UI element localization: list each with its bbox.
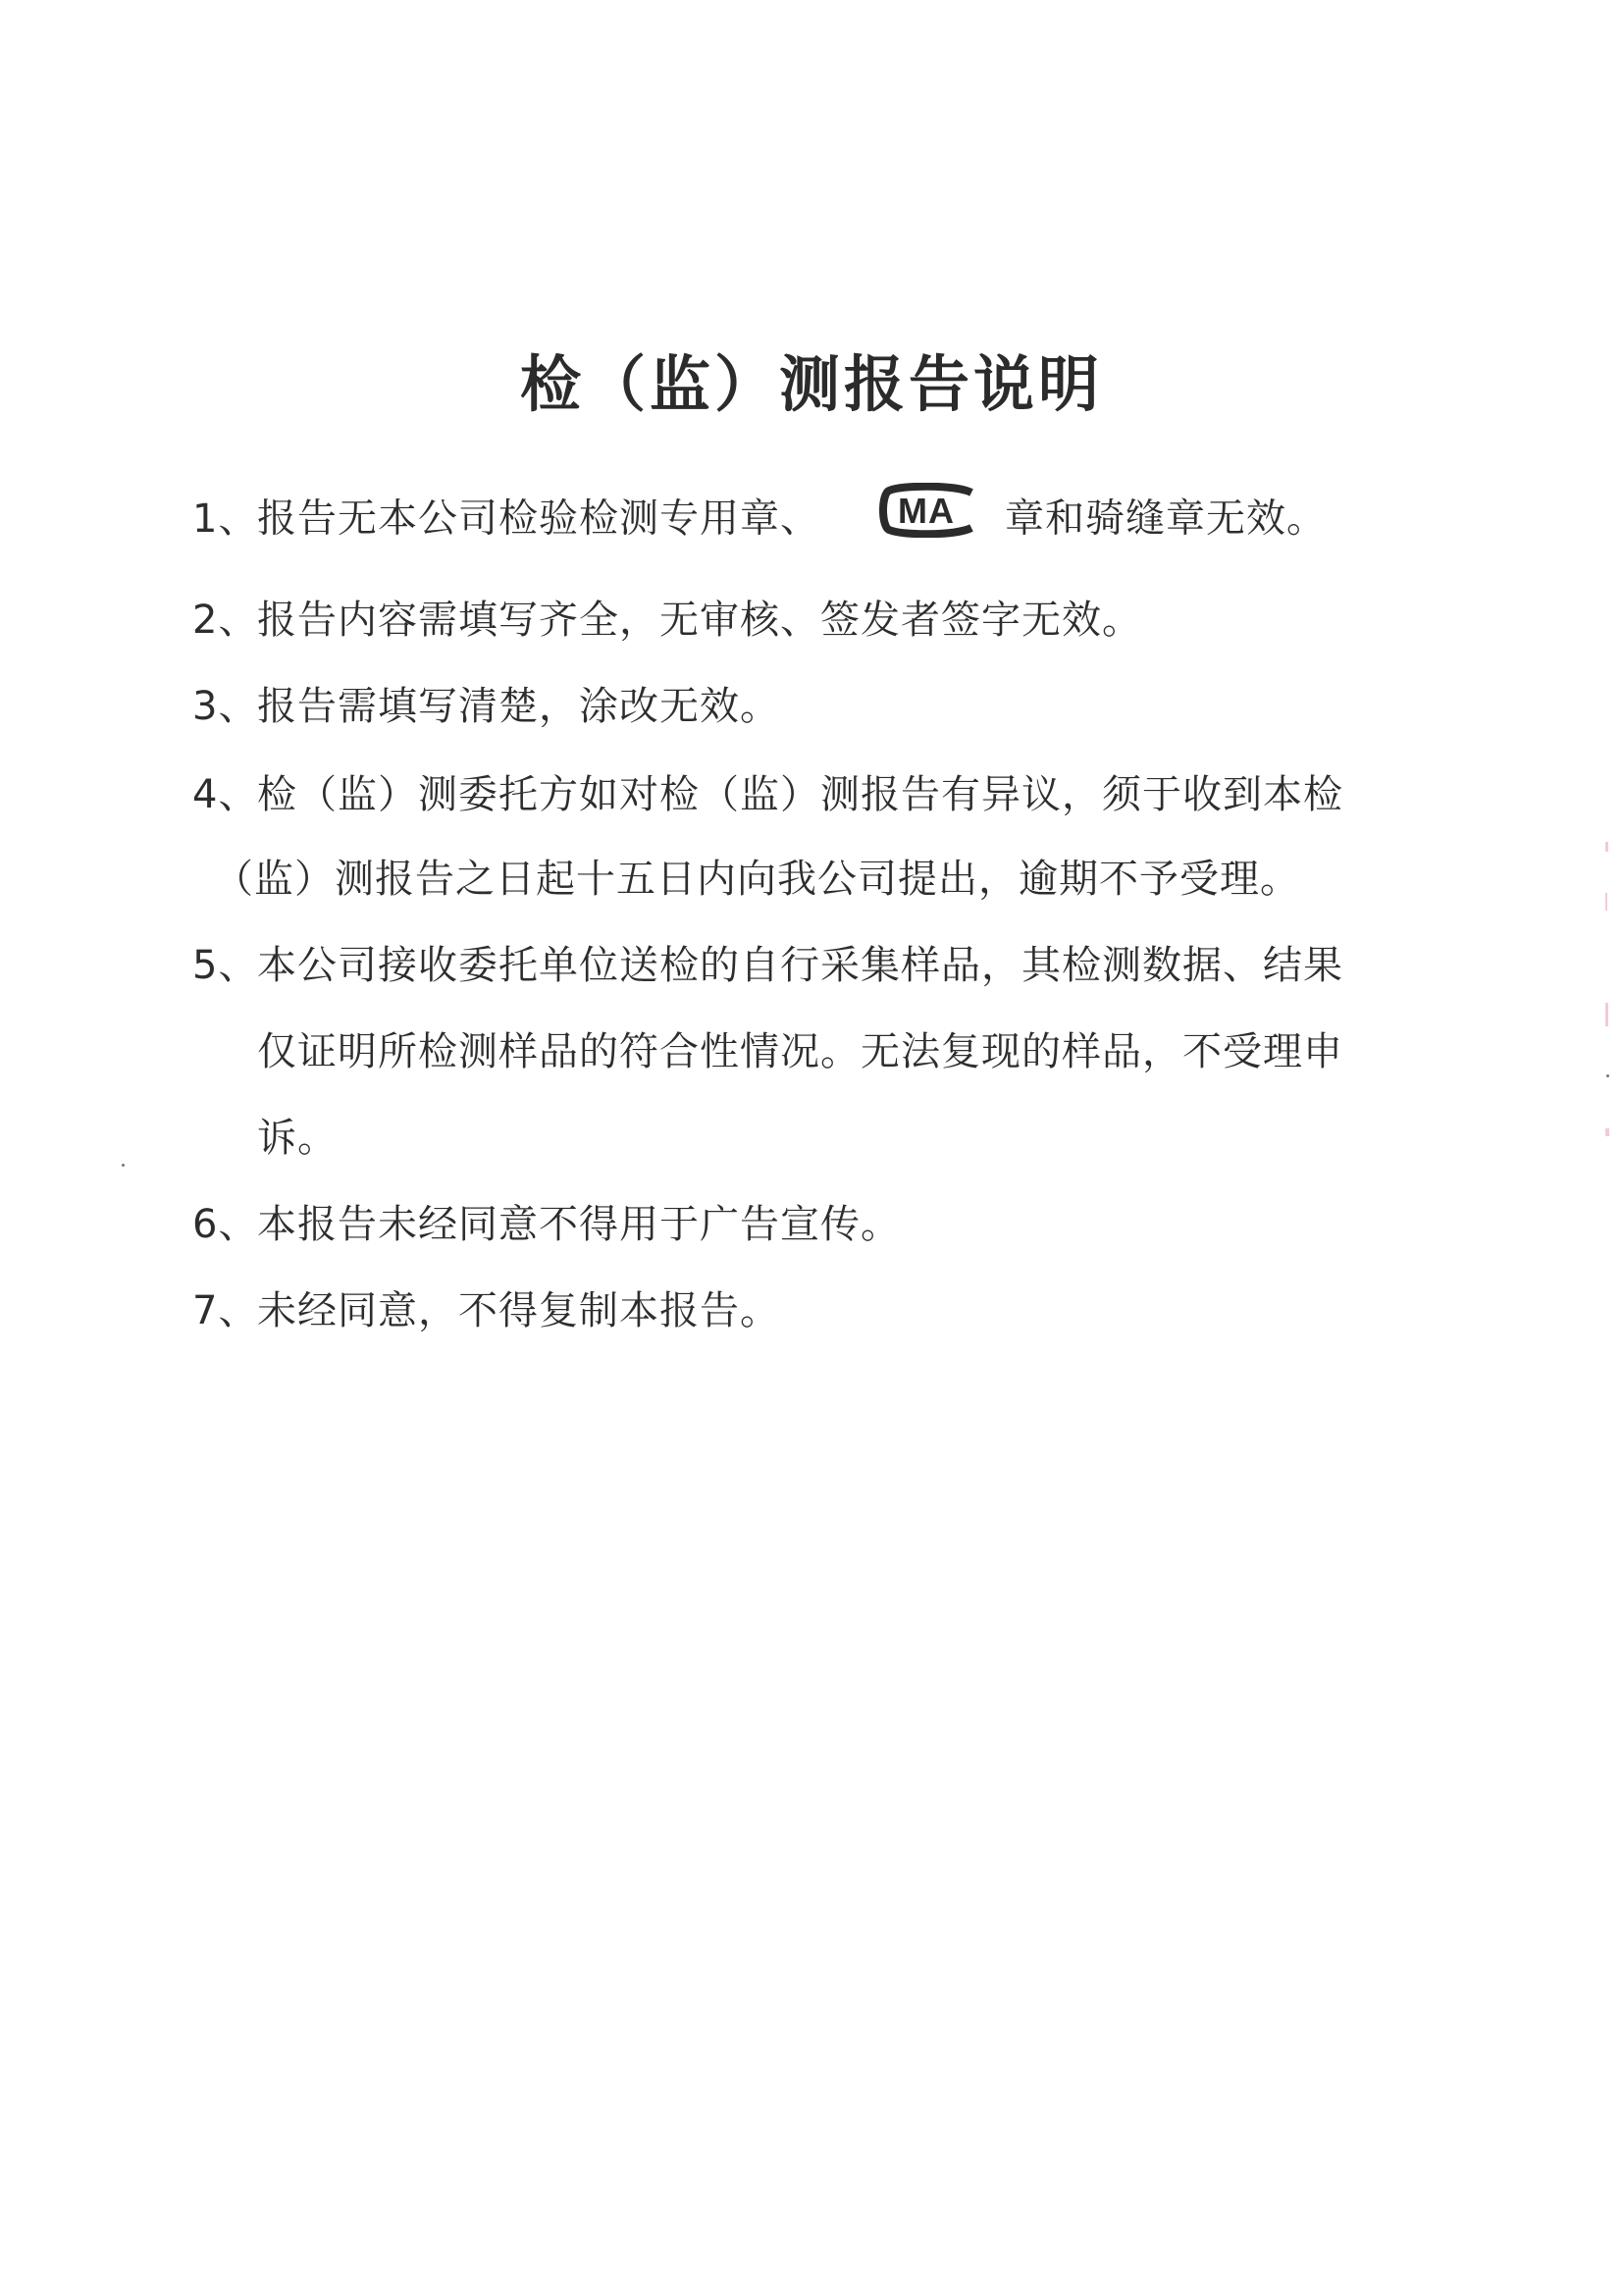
seal-residue-mark: [1605, 842, 1608, 852]
seal-residue-mark: [1605, 1003, 1608, 1026]
list-item-2: 2、报告内容需填写齐全，无审核、签发者签字无效。: [192, 595, 1142, 646]
item-text-line-1: 本公司接收委托单位送检的自行采集样品，其检测数据、结果: [257, 943, 1343, 988]
page-title: 检（监）测报告说明: [0, 345, 1623, 424]
list-item-4-continuation: （监）测报告之日起十五日内向我公司提出，逾期不予受理。: [214, 854, 1300, 905]
item-number: 5、: [192, 940, 257, 991]
list-item-5-continuation-1: 仅证明所检测样品的符合性情况。无法复现的样品，不受理申: [257, 1026, 1343, 1077]
seal-residue-mark: [1605, 1128, 1609, 1136]
item-text-before-mark: 报告无本公司检验检测专用章、: [257, 496, 820, 542]
svg-text:MA: MA: [898, 491, 955, 531]
list-item-5-continuation-2: 诉。: [257, 1113, 338, 1164]
item-number: 4、: [192, 769, 257, 820]
item-text-line-1: 检（监）测委托方如对检（监）测报告有异议，须于收到本检: [257, 772, 1343, 817]
cma-seal-icon: MA: [877, 483, 981, 550]
item-number: 6、: [192, 1199, 257, 1250]
list-item-1: 1、报告无本公司检验检测专用章、 MA 章和骑缝章无效。: [192, 487, 1327, 554]
item-number: 3、: [192, 681, 257, 732]
item-number: 2、: [192, 595, 257, 646]
item-text-after-mark: 章和骑缝章无效。: [1005, 496, 1327, 542]
item-text: 本报告未经同意不得用于广告宣传。: [257, 1202, 901, 1247]
item-text: 未经同意，不得复制本报告。: [257, 1288, 780, 1333]
scan-speck: [122, 1164, 125, 1167]
list-item-3: 3、报告需填写清楚，涂改无效。: [192, 681, 780, 732]
list-item-6: 6、本报告未经同意不得用于广告宣传。: [192, 1199, 901, 1250]
scan-speck: [1606, 1074, 1609, 1077]
list-item-5: 5、本公司接收委托单位送检的自行采集样品，其检测数据、结果: [192, 940, 1343, 991]
item-text: 报告需填写清楚，涂改无效。: [257, 684, 780, 729]
item-text: 报告内容需填写齐全，无审核、签发者签字无效。: [257, 598, 1142, 643]
document-page: 检（监）测报告说明 1、报告无本公司检验检测专用章、 MA 章和骑缝章无效。 2…: [0, 0, 1623, 2296]
item-number: 7、: [192, 1285, 257, 1336]
item-number: 1、: [192, 494, 257, 545]
list-item-4: 4、检（监）测委托方如对检（监）测报告有异议，须于收到本检: [192, 769, 1343, 820]
list-item-7: 7、未经同意，不得复制本报告。: [192, 1285, 780, 1336]
seal-residue-mark: [1605, 893, 1607, 911]
